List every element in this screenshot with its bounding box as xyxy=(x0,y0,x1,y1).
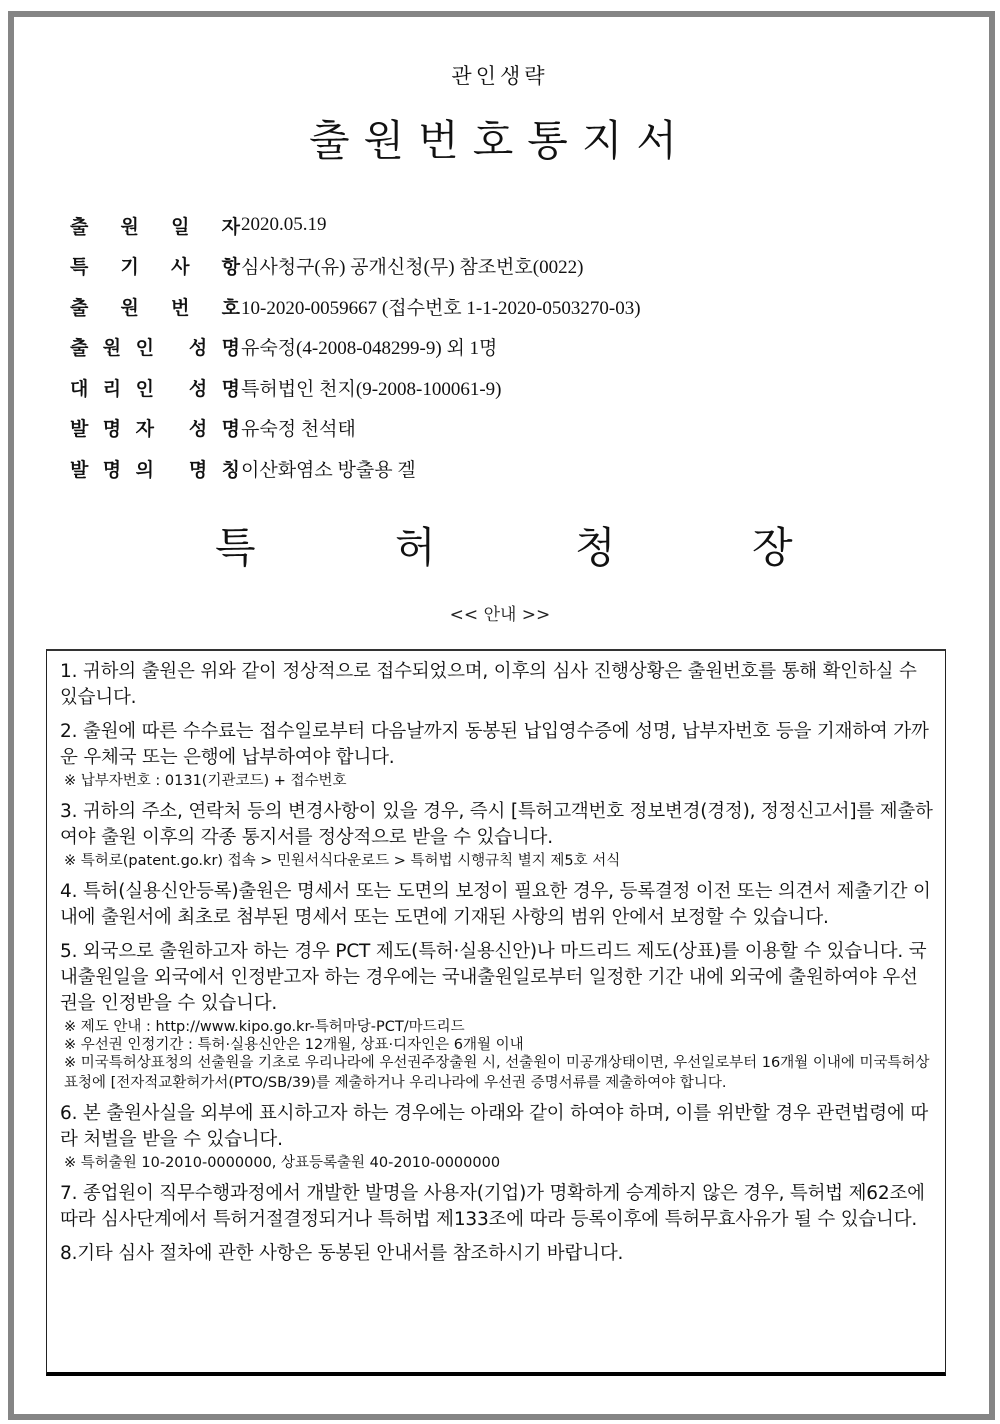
field-value: 2020.05.19 xyxy=(241,214,327,236)
notice-item-7: 7. 종업원이 직무수행과정에서 개발한 발명을 사용자(기업)가 명확하게 승… xyxy=(60,1181,935,1233)
commissioner-char: 특 xyxy=(215,515,256,575)
field-label: 대리인성명 xyxy=(70,374,240,401)
field-invention-title: 발명의명칭 이산화염소 방출용 겔 xyxy=(70,448,240,489)
field-special-notes: 특기사항 심사청구(유) 공개신청(무) 참조번호(0022) xyxy=(70,246,240,287)
notice-box: 1. 귀하의 출원은 위와 같이 정상적으로 접수되었으며, 이후의 심사 진행… xyxy=(46,649,946,1376)
notice-item-1: 1. 귀하의 출원은 위와 같이 정상적으로 접수되었으며, 이후의 심사 진행… xyxy=(60,659,935,711)
notice-item-5: 5. 외국으로 출원하고자 하는 경우 PCT 제도(특허·실용신안)나 마드리… xyxy=(60,939,935,1017)
notice-note: ※ 미국특허상표청의 선출원을 기초로 우리나라에 우선권주장출원 시, 선출원… xyxy=(60,1053,935,1093)
commissioner-signature: 특 허 청 장 xyxy=(0,515,1000,575)
field-label: 출원인성명 xyxy=(70,333,240,360)
field-inventor-name: 발명자성명 유숙정 천석태 xyxy=(70,408,240,449)
notice-item-4: 4. 특허(실용신안등록)출원은 명세서 또는 도면의 보정이 필요한 경우, … xyxy=(60,879,935,931)
field-label: 출원일자 xyxy=(70,212,240,239)
field-filing-date: 출원일자 2020.05.19 xyxy=(70,205,240,246)
commissioner-char: 허 xyxy=(395,515,436,575)
notice-note-group: ※ 제도 안내 : http://www.kipo.go.kr-특허마당-PCT… xyxy=(60,1017,935,1093)
field-label: 발명자성명 xyxy=(70,414,240,441)
notice-note: ※ 특허로(patent.go.kr) 접속 > 민원서식다운로드 > 특허법 … xyxy=(60,851,935,871)
field-value: 심사청구(유) 공개신청(무) 참조번호(0022) xyxy=(241,252,583,279)
notice-note: ※ 제도 안내 : http://www.kipo.go.kr-특허마당-PCT… xyxy=(60,1017,935,1037)
field-application-number: 출원번호 10-2020-0059667 (접수번호 1-1-2020-0503… xyxy=(70,286,240,327)
application-fields: 출원일자 2020.05.19 특기사항 심사청구(유) 공개신청(무) 참조번… xyxy=(70,205,240,489)
notice-list: 1. 귀하의 출원은 위와 같이 정상적으로 접수되었으며, 이후의 심사 진행… xyxy=(60,659,935,1275)
field-agent-name: 대리인성명 특허법인 천지(9-2008-100061-9) xyxy=(70,367,240,408)
notice-item-8: 8.기타 심사 절차에 관한 사항은 동봉된 안내서를 참조하시기 바랍니다. xyxy=(60,1241,935,1267)
field-value: 10-2020-0059667 (접수번호 1-1-2020-0503270-0… xyxy=(241,293,641,320)
notice-note: ※ 특허출원 10-2010-0000000, 상표등록출원 40-2010-0… xyxy=(60,1153,935,1173)
document-title: 출원번호통지서 xyxy=(0,108,1000,168)
seal-omitted-label: 관인생략 xyxy=(0,60,1000,90)
field-value: 유숙정 천석태 xyxy=(241,414,356,441)
notice-item-2: 2. 출원에 따른 수수료는 접수일로부터 다음날까지 동봉된 납입영수증에 성… xyxy=(60,719,935,771)
field-value: 이산화염소 방출용 겔 xyxy=(241,455,416,482)
notice-item-6: 6. 본 출원사실을 외부에 표시하고자 하는 경우에는 아래와 같이 하여야 … xyxy=(60,1101,935,1153)
notice-note: ※ 우선권 인정기간 : 특허·실용신안은 12개월, 상표·디자인은 6개월 … xyxy=(60,1035,935,1055)
commissioner-char: 장 xyxy=(752,515,793,575)
field-label: 발명의명칭 xyxy=(70,455,240,482)
notice-item-3: 3. 귀하의 주소, 연락처 등의 변경사항이 있을 경우, 즉시 [특허고객번… xyxy=(60,799,935,851)
field-label: 특기사항 xyxy=(70,252,240,279)
field-value: 특허법인 천지(9-2008-100061-9) xyxy=(241,374,502,401)
notice-note: ※ 납부자번호 : 0131(기관코드) + 접수번호 xyxy=(60,771,935,791)
field-label: 출원번호 xyxy=(70,293,240,320)
field-value: 유숙정(4-2008-048299-9) 외 1명 xyxy=(241,333,497,360)
field-applicant-name: 출원인성명 유숙정(4-2008-048299-9) 외 1명 xyxy=(70,327,240,368)
commissioner-char: 청 xyxy=(575,515,616,575)
guide-heading: << 안내 >> xyxy=(0,600,1000,625)
